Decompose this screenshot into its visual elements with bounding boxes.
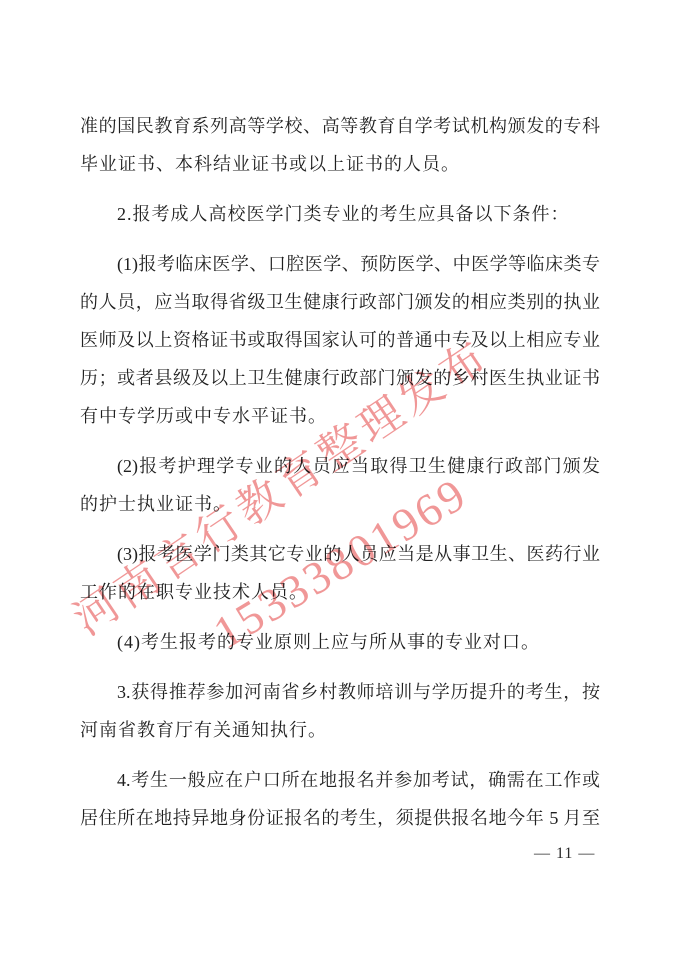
text-line: 工作的在职专业技术人员。 [80, 573, 600, 611]
text-line: 4.考生一般应在户口所在地报名并参加考试，确需在工作或 [80, 761, 600, 799]
document-body: 准的国民教育系列高等学校、高等教育自学考试机构颁发的专科毕业证书、本科结业证书或… [80, 107, 600, 849]
text-line: 医师及以上资格证书或取得国家认可的普通中专及以上相应专业学 [80, 321, 600, 359]
paragraph: (4)考生报考的专业原则上应与所从事的专业对口。 [80, 623, 600, 661]
text-line: (2)报考护理学专业的人员应当取得卫生健康行政部门颁发 [80, 447, 600, 485]
paragraph: (3)报考医学门类其它专业的人员应当是从事卫生、医药行业工作的在职专业技术人员。 [80, 535, 600, 611]
paragraph: 4.考生一般应在户口所在地报名并参加考试，确需在工作或居住所在地持异地身份证报名… [80, 761, 600, 837]
text-line: 的人员，应当取得省级卫生健康行政部门颁发的相应类别的执业助理 [80, 283, 600, 321]
paragraph: 2.报考成人高校医学门类专业的考生应具备以下条件： [80, 195, 600, 233]
paragraph: 准的国民教育系列高等学校、高等教育自学考试机构颁发的专科毕业证书、本科结业证书或… [80, 107, 600, 183]
paragraph: (1)报考临床医学、口腔医学、预防医学、中医学等临床类专业的人员，应当取得省级卫… [80, 245, 600, 435]
text-line: 居住所在地持异地身份证报名的考生，须提供报名地今年 5 月至 [80, 799, 600, 837]
text-line: (3)报考医学门类其它专业的人员应当是从事卫生、医药行业 [80, 535, 600, 573]
page-number: — 11 — [534, 845, 595, 863]
text-line: 有中专学历或中专水平证书。 [80, 397, 600, 435]
text-line: 3.获得推荐参加河南省乡村教师培训与学历提升的考生，按 [80, 673, 600, 711]
text-line: (1)报考临床医学、口腔医学、预防医学、中医学等临床类专业 [80, 245, 600, 283]
text-line: 的护士执业证书。 [80, 485, 600, 523]
text-line: (4)考生报考的专业原则上应与所从事的专业对口。 [80, 623, 600, 661]
paragraph: 3.获得推荐参加河南省乡村教师培训与学历提升的考生，按河南省教育厅有关通知执行。 [80, 673, 600, 749]
text-line: 准的国民教育系列高等学校、高等教育自学考试机构颁发的专科 [80, 107, 600, 145]
document-page: 准的国民教育系列高等学校、高等教育自学考试机构颁发的专科毕业证书、本科结业证书或… [0, 0, 680, 962]
text-line: 毕业证书、本科结业证书或以上证书的人员。 [80, 145, 600, 183]
text-line: 历；或者县级及以上卫生健康行政部门颁发的乡村医生执业证书并具 [80, 359, 600, 397]
text-line: 2.报考成人高校医学门类专业的考生应具备以下条件： [80, 195, 600, 233]
paragraph: (2)报考护理学专业的人员应当取得卫生健康行政部门颁发的护士执业证书。 [80, 447, 600, 523]
text-line: 河南省教育厅有关通知执行。 [80, 711, 600, 749]
